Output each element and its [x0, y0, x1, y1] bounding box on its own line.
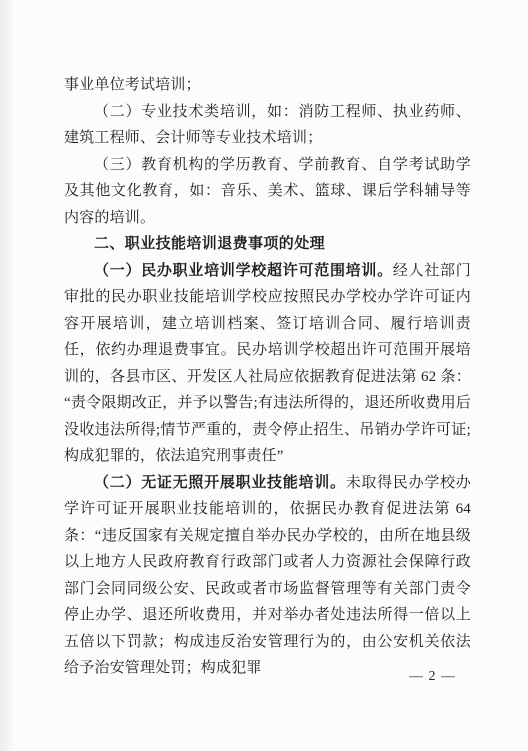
page-number: — 2 — — [409, 669, 456, 685]
document-page: 事业单位考试培训； （二）专业技术类培训，如：消防工程师、执业药师、建筑工程师、… — [0, 0, 528, 751]
paragraph: （二）专业技术类培训，如：消防工程师、执业药师、建筑工程师、会计师等专业技术培训… — [64, 99, 471, 152]
document-body: 事业单位考试培训； （二）专业技术类培训，如：消防工程师、执业药师、建筑工程师、… — [64, 72, 471, 682]
paragraph: （一）民办职业培训学校超许可范围培训。经人社部门审批的民办职业技能培训学校应按照… — [64, 258, 471, 470]
section-heading: 二、职业技能培训退费事项的处理 — [64, 231, 471, 258]
paragraph-lead: （二）无证无照开展职业技能培训。 — [94, 475, 346, 491]
paragraph-text: （二）专业技术类培训，如：消防工程师、执业药师、建筑工程师、会计师等专业技术培训… — [64, 104, 471, 147]
paragraph-lead: （一）民办职业培训学校超许可范围培训。 — [94, 263, 393, 279]
paragraph-text: （三）教育机构的学历教育、学前教育、自学考试助学及其他文化教育，如：音乐、美术、… — [64, 157, 471, 226]
paragraph-text: 经人社部门审批的民办职业技能培训学校应按照民办学校办学许可证内容开展培训，建立培… — [64, 263, 471, 465]
paragraph-text: 事业单位考试培训； — [64, 77, 201, 93]
paragraph: 事业单位考试培训； — [64, 72, 471, 99]
paragraph-text: 未取得民办学校办学许可证开展职业技能培训的，依据民办教育促进法第 64 条：“违… — [64, 475, 471, 677]
paragraph: （二）无证无照开展职业技能培训。未取得民办学校办学许可证开展职业技能培训的，依据… — [64, 470, 471, 682]
paragraph: （三）教育机构的学历教育、学前教育、自学考试助学及其他文化教育，如：音乐、美术、… — [64, 152, 471, 232]
